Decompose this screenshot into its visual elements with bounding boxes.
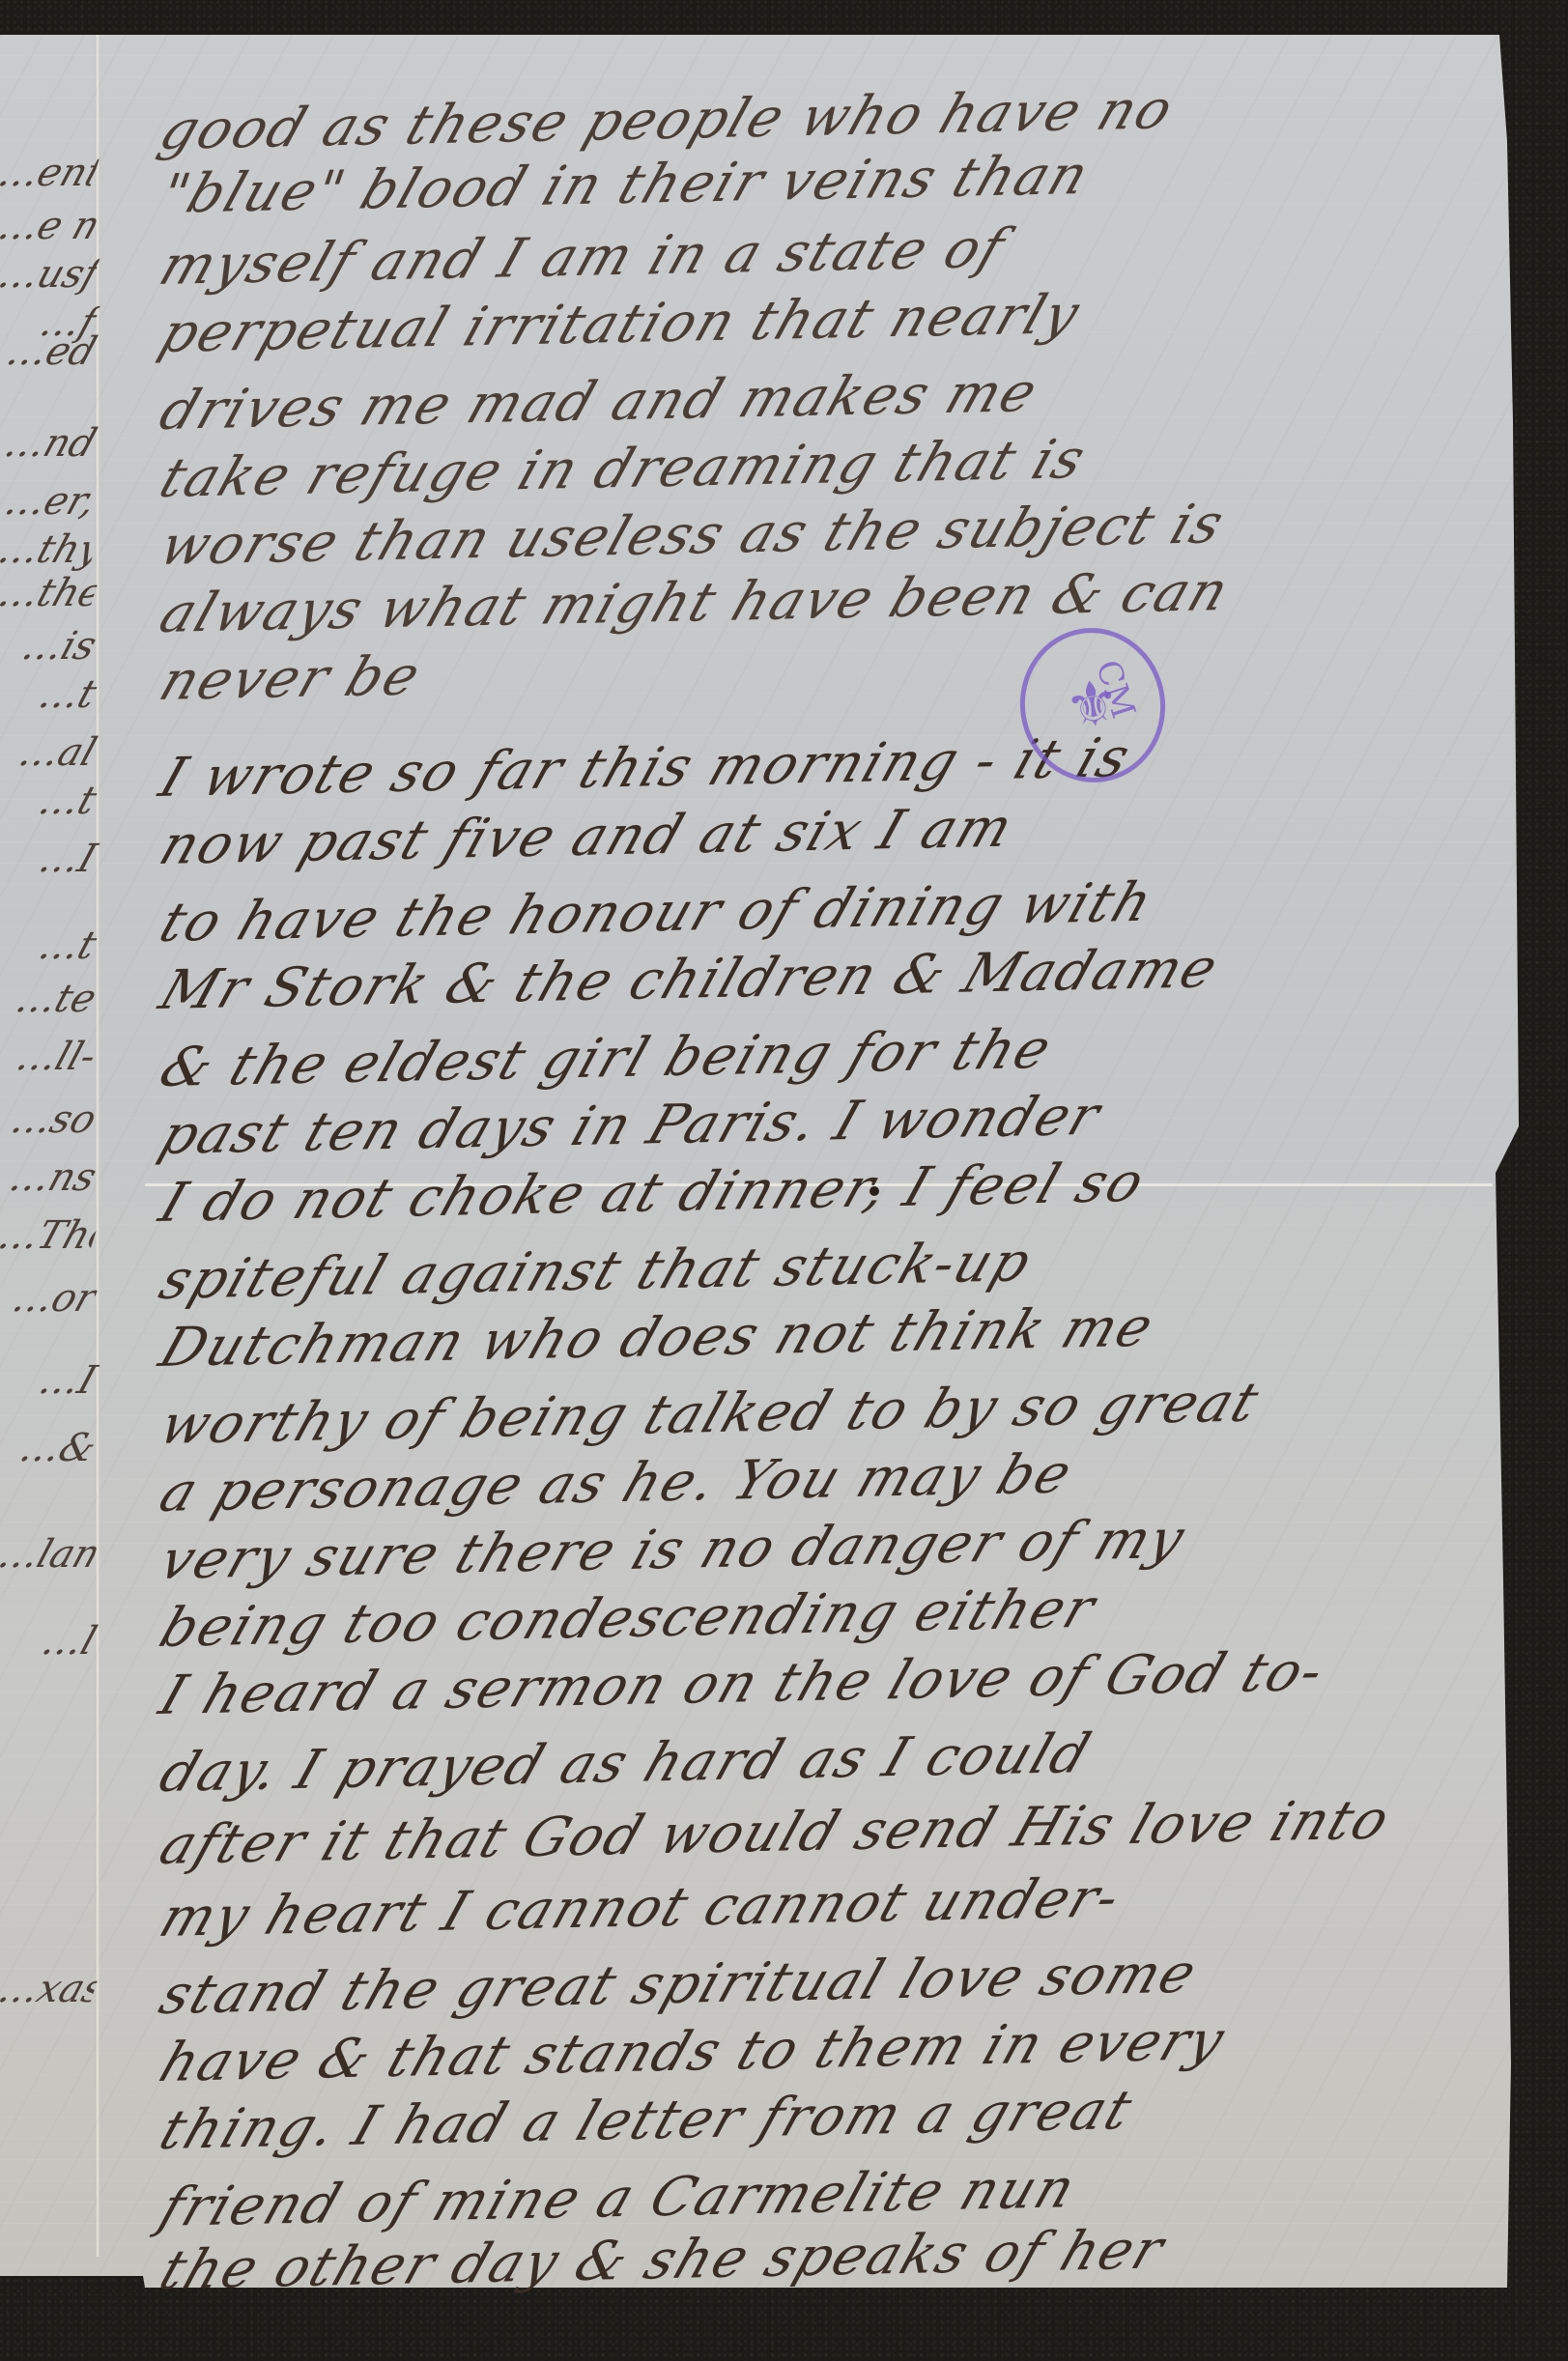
fragment: …al xyxy=(0,730,101,775)
fragment: …t xyxy=(0,672,101,717)
vertical-fold-crease xyxy=(95,35,100,2257)
fragment: …ns xyxy=(0,1155,101,1200)
fragment: …lam xyxy=(0,1532,101,1577)
fragment: …is xyxy=(0,624,101,668)
fragment: …& xyxy=(0,1426,101,1470)
left-page-fragments: …ent …e me …usf …f …ed …nd …er, …thy …th… xyxy=(0,35,95,2257)
fragment: …e me xyxy=(0,204,101,248)
fragment: …I xyxy=(0,837,101,881)
fragment: …or xyxy=(0,1276,101,1321)
fragment: …te xyxy=(0,977,101,1021)
fragment: …ed xyxy=(0,329,101,374)
fragment: …ther xyxy=(0,571,101,615)
fragment: …I xyxy=(0,1358,101,1403)
fragment: …xas xyxy=(0,1967,101,2011)
fragment: …thy xyxy=(0,527,101,572)
fragment: …ent xyxy=(0,151,101,195)
fragment: …so xyxy=(0,1097,101,1142)
fragment: …The xyxy=(0,1213,101,1258)
fragment: …t xyxy=(0,779,101,823)
fragment: …nd xyxy=(0,421,101,466)
fragment: …usf xyxy=(0,252,101,297)
fragment: …l xyxy=(0,1619,101,1664)
fragment: …er, xyxy=(0,479,101,524)
ink-speck xyxy=(870,1186,879,1196)
fragment: …ll- xyxy=(0,1035,101,1079)
fragment: …t xyxy=(0,924,101,968)
